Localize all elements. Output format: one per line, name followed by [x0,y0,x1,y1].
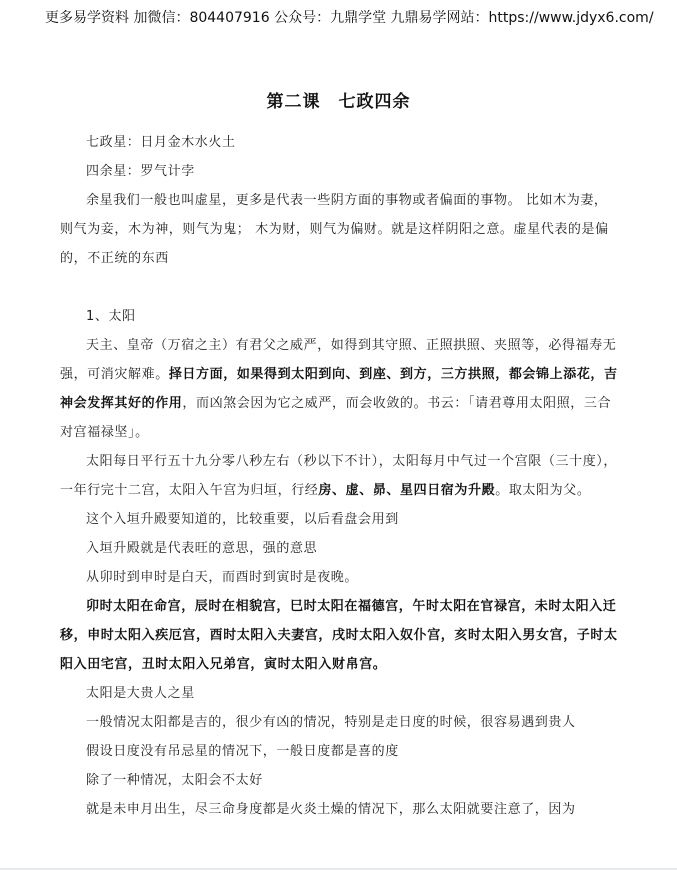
paragraph-fire-earth: 就是未申月出生，尽三命身度都是火炎土燥的情况下，那么太阳就要注意了，因为 [60,795,620,824]
paragraph-sun-houses: 卯时太阳在命宫，辰时在相貌宫，巳时太阳在福德宫，午时太阳在官禄宫，未时太阳入迁移… [60,592,620,679]
paragraph-sun-motion: 太阳每日平行五十九分零八秒左右（秒以下不计），太阳每月中气过一个宫限（三十度），… [60,447,620,505]
paragraph-sun-emperor: 天主、皇帝（万宿之主）有君父之威严，如得到其守照、正照拱照、夹照等，必得福寿无强… [60,331,620,447]
paragraph-no-malefic: 假设日度没有吊忌星的情况下，一般日度都是喜的度 [60,737,620,766]
text-segment-bold: 房、虚、昴、星四日宿为升殿 [318,483,495,498]
section-heading-sun: 1、太阳 [60,302,620,331]
paragraph-day-night: 从卯时到申时是白天，而酉时到寅时是夜晚。 [60,563,620,592]
paragraph-note-meaning: 入垣升殿就是代表旺的意思，强的意思 [60,534,620,563]
paragraph-seven-stars: 七政星：日月金木水火土 [60,128,620,157]
document-page: 更多易学资料 加微信：804407916 公众号：九鼎学堂 九鼎易学网站：htt… [0,0,677,870]
paragraph-note-important: 这个入垣升殿要知道的，比较重要，以后看盘会用到 [60,505,620,534]
paragraph-virtual-stars: 余星我们一般也叫虚星，更多是代表一些阴方面的事物或者偏面的事物。 比如木为妻，则… [60,186,620,273]
text-segment: 。取太阳为父。 [495,483,590,498]
document-body: 七政星：日月金木水火土 四余星：罗气计孛 余星我们一般也叫虚星，更多是代表一些阴… [60,128,620,824]
paragraph-generally-auspicious: 一般情况太阳都是吉的，很少有凶的情况，特别是走日度的时候，很容易遇到贵人 [60,708,620,737]
paragraph-exception: 除了一种情况，太阳会不太好 [60,766,620,795]
paragraph-four-remainder-stars: 四余星：罗气计孛 [60,157,620,186]
paragraph-noble-star: 太阳是大贵人之星 [60,679,620,708]
watermark-header: 更多易学资料 加微信：804407916 公众号：九鼎学堂 九鼎易学网站：htt… [45,7,654,27]
lesson-title: 第二课 七政四余 [0,87,677,112]
